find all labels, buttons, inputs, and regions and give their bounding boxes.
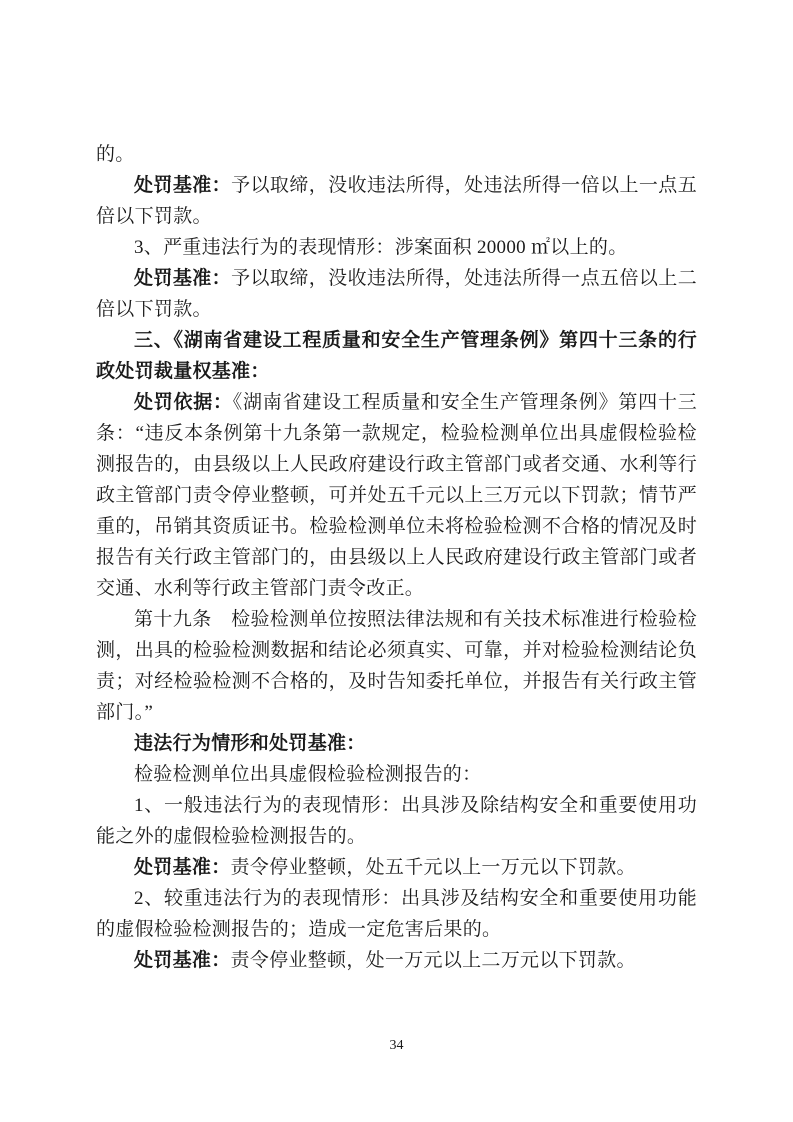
paragraph-text: 第十九条 检验检测单位按照法律法规和有关技术标准进行检验检测，出具的检验检测数据… [96,609,697,723]
paragraph-text: 责令停业整顿，处五千元以上一万元以下罚款。 [231,857,636,878]
paragraph-label: 处罚基准： [134,950,231,971]
paragraph-text: 《湖南省建设工程质量和安全生产管理条例》第四十三条：“违反本条例第十九条第一款规… [96,392,697,599]
paragraph: 处罚基准：责令停业整顿，处一万元以上二万元以下罚款。 [96,945,697,976]
paragraph-label: 处罚基准： [134,857,231,878]
document-body: 的。 处罚基准：予以取缔，没收违法所得，处违法所得一倍以上一点五倍以下罚款。 3… [96,139,697,976]
paragraph: 2、较重违法行为的表现情形：出具涉及结构安全和重要使用功能的虚假检验检测报告的；… [96,883,697,945]
paragraph: 检验检测单位出具虚假检验检测报告的： [96,759,697,790]
paragraph: 处罚基准：予以取缔，没收违法所得，处违法所得一点五倍以上二倍以下罚款。 [96,263,697,325]
paragraph: 的。 [96,139,697,170]
paragraph-text: 1、一般违法行为的表现情形：出具涉及除结构安全和重要使用功能之外的虚假检验检测报… [96,795,697,847]
paragraph-text: 3、严重违法行为的表现情形：涉案面积 20000 ㎡以上的。 [134,237,628,258]
section-heading: 违法行为情形和处罚基准： [96,728,697,759]
paragraph-text: 的。 [96,144,135,165]
page-number: 34 [0,1038,793,1054]
paragraph: 处罚基准：责令停业整顿，处五千元以上一万元以下罚款。 [96,852,697,883]
paragraph-text: 检验检测单位出具虚假检验检测报告的： [134,764,481,785]
paragraph-label: 处罚基准： [134,268,231,289]
paragraph-text: 责令停业整顿，处一万元以上二万元以下罚款。 [231,950,636,971]
paragraph-label: 处罚基准： [134,175,231,196]
paragraph: 第十九条 检验检测单位按照法律法规和有关技术标准进行检验检测，出具的检验检测数据… [96,604,697,728]
paragraph-text: 2、较重违法行为的表现情形：出具涉及结构安全和重要使用功能的虚假检验检测报告的；… [96,888,697,940]
heading-text: 违法行为情形和处罚基准： [134,733,366,754]
paragraph: 处罚依据：《湖南省建设工程质量和安全生产管理条例》第四十三条：“违反本条例第十九… [96,387,697,604]
document-page: 的。 处罚基准：予以取缔，没收违法所得，处违法所得一倍以上一点五倍以下罚款。 3… [0,0,793,1122]
paragraph: 1、一般违法行为的表现情形：出具涉及除结构安全和重要使用功能之外的虚假检验检测报… [96,790,697,852]
paragraph: 3、严重违法行为的表现情形：涉案面积 20000 ㎡以上的。 [96,232,697,263]
paragraph: 处罚基准：予以取缔，没收违法所得，处违法所得一倍以上一点五倍以下罚款。 [96,170,697,232]
section-heading: 三、《湖南省建设工程质量和安全生产管理条例》第四十三条的行政处罚裁量权基准： [96,325,697,387]
paragraph-label: 处罚依据： [134,392,233,413]
heading-text: 三、《湖南省建设工程质量和安全生产管理条例》第四十三条的行政处罚裁量权基准： [96,330,697,382]
